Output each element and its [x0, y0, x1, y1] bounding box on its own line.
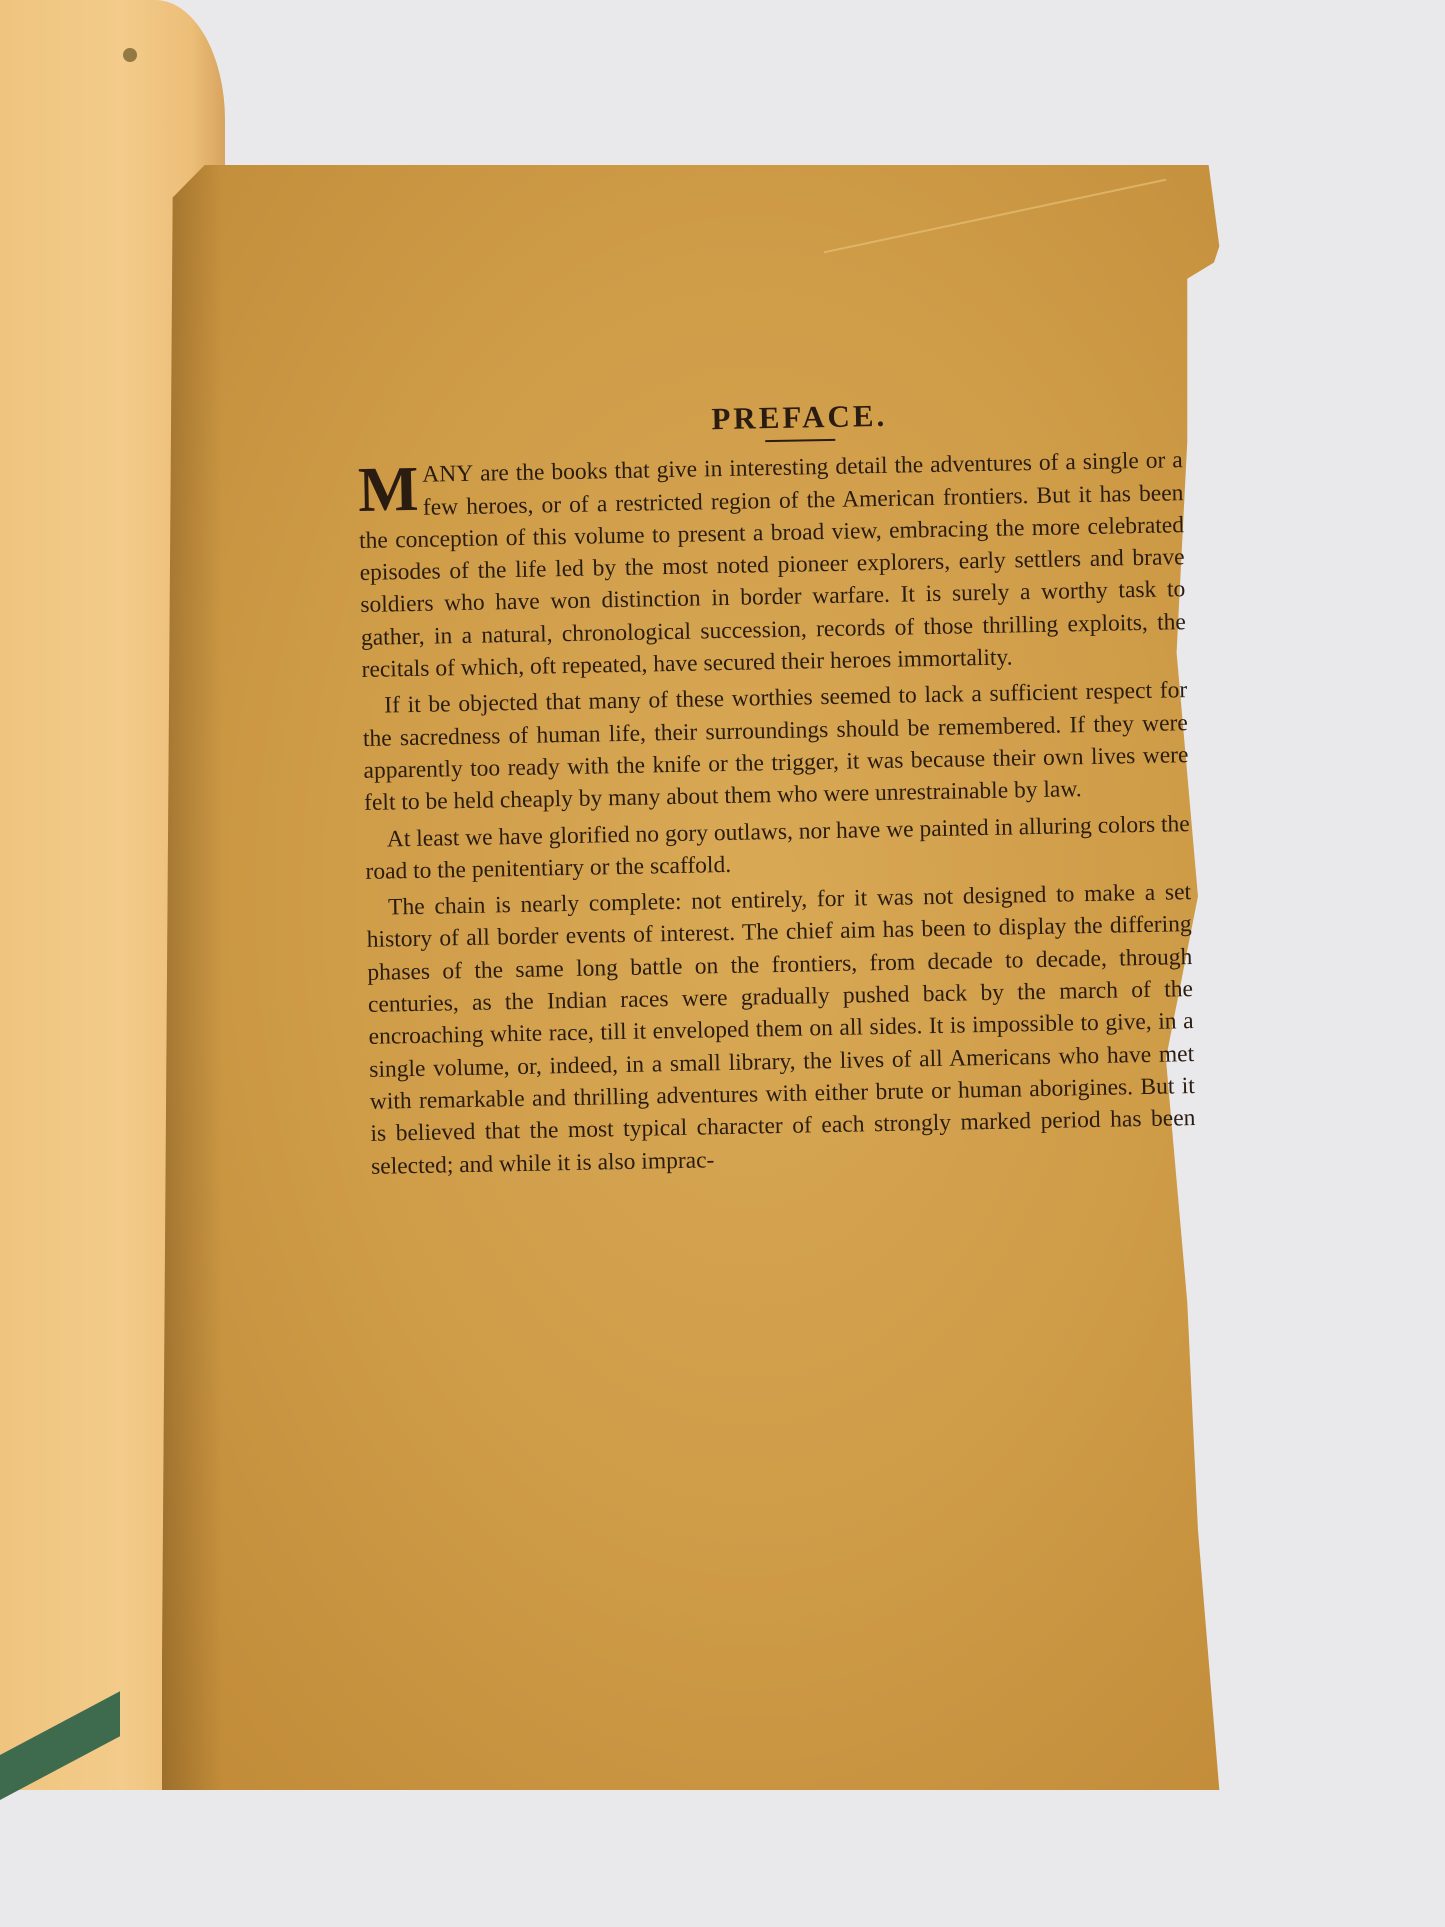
paragraph-2: If it be objected that many of these wor…: [362, 674, 1189, 819]
paragraph-4: The chain is nearly complete: not entire…: [366, 876, 1196, 1182]
preface-text: PREFACE. MANY are the books that give in…: [357, 414, 1196, 1187]
paragraph-1: MANY are the books that give in interest…: [358, 444, 1187, 686]
paragraph-3: At least we have glorified no gory outla…: [365, 808, 1191, 888]
lead-word: ANY: [422, 461, 473, 488]
drop-cap: M: [358, 463, 419, 516]
stain-spot: [123, 48, 137, 62]
title-rule: [765, 439, 835, 442]
paragraph-text: are the books that give in interesting d…: [359, 447, 1186, 683]
